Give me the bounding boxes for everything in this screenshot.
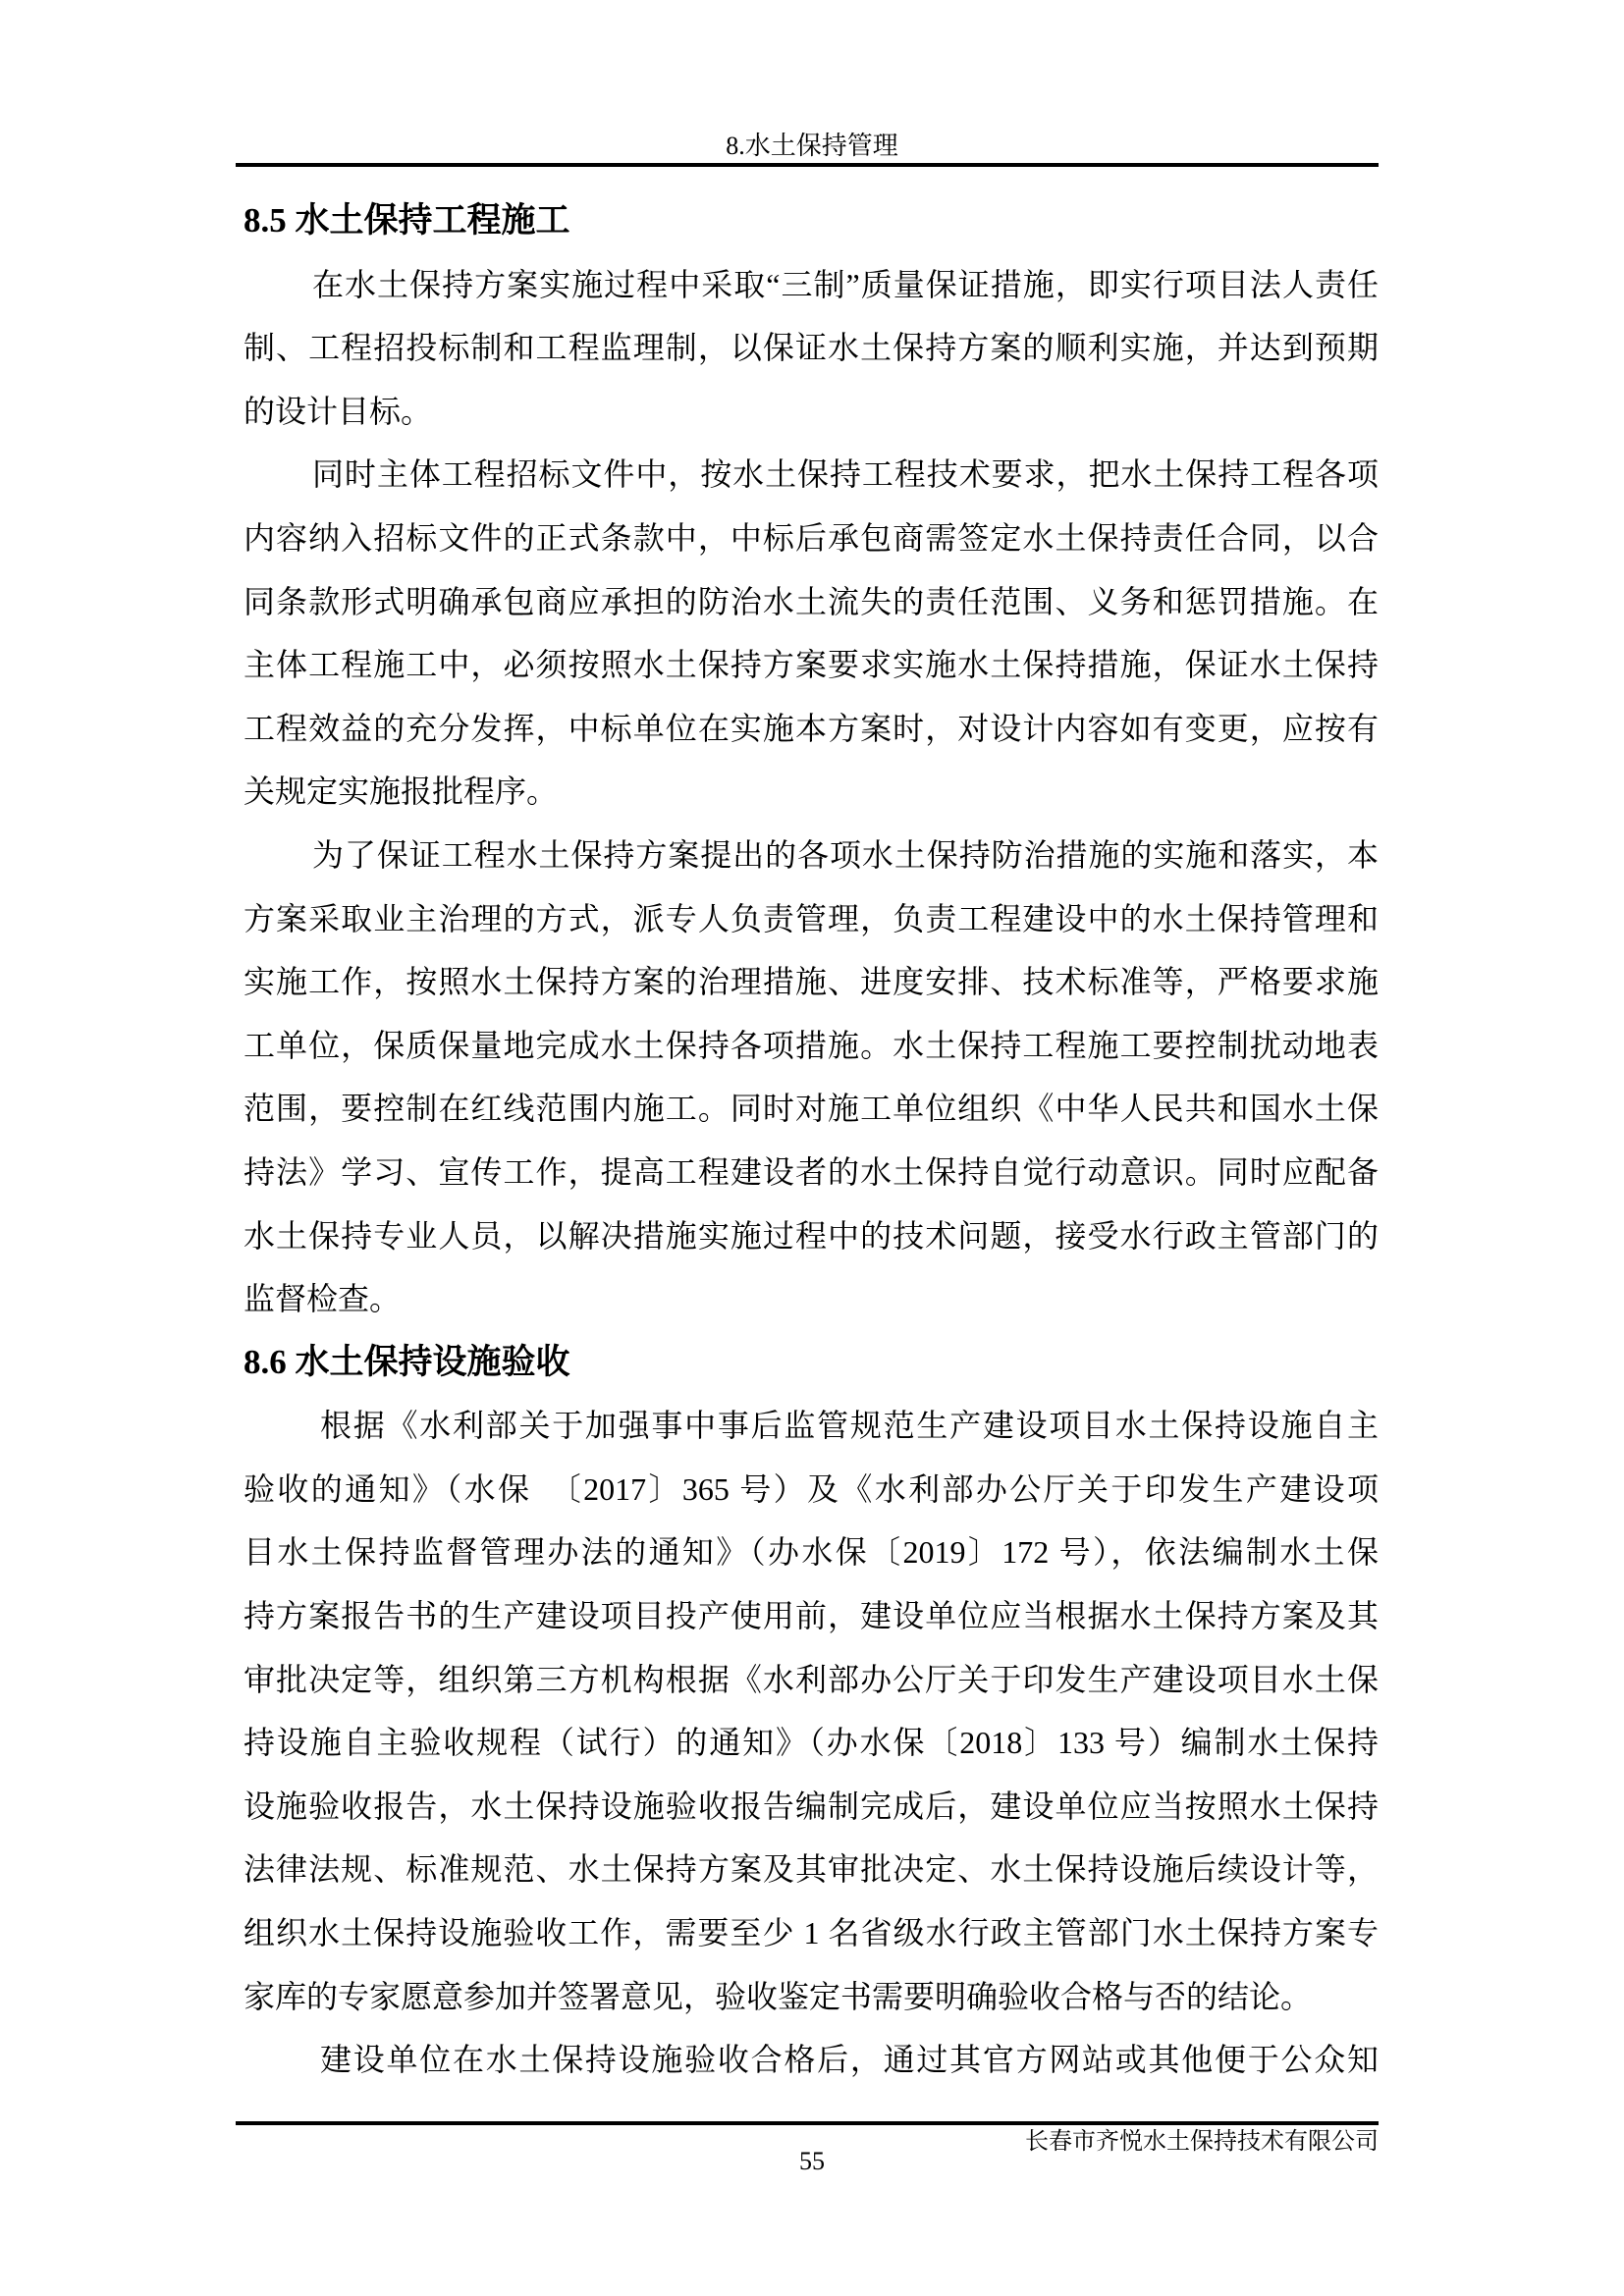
body-line: 范围，要控制在红线范围内施工。同时对施工单位组织《中华人民共和国水土保	[244, 1077, 1379, 1141]
body-line: 持设施自主验收规程（试行）的通知》（办水保〔2018〕133 号）编制水土保持	[244, 1711, 1379, 1775]
body-line: 同条款形式明确承包商应承担的防治水土流失的责任范围、义务和惩罚措施。在	[244, 570, 1379, 634]
document-body: 8.5 水土保持工程施工在水土保持方案实施过程中采取“三制”质量保证措施，即实行…	[244, 189, 1379, 2092]
footer-rule	[236, 2121, 1379, 2125]
body-line: 工程效益的充分发挥，中标单位在实施本方案时，对设计内容如有变更，应按有	[244, 697, 1379, 761]
body-line: 制、工程招投标制和工程监理制，以保证水土保持方案的顺利实施，并达到预期	[244, 316, 1379, 380]
section-heading: 8.6 水土保持设施验收	[244, 1331, 1379, 1395]
body-line: 同时主体工程招标文件中，按水土保持工程技术要求，把水土保持工程各项	[244, 443, 1379, 507]
body-line: 持方案报告书的生产建设项目投产使用前，建设单位应当根据水土保持方案及其	[244, 1584, 1379, 1648]
body-line: 验收的通知》（水保 〔2017〕365 号）及《水利部办公厅关于印发生产建设项	[244, 1458, 1379, 1522]
section-heading: 8.5 水土保持工程施工	[244, 189, 1379, 253]
body-line: 设施验收报告，水土保持设施验收报告编制完成后，建设单位应当按照水土保持	[244, 1775, 1379, 1839]
body-line: 目水土保持监督管理办法的通知》（办水保〔2019〕172 号），依法编制水土保	[244, 1521, 1379, 1584]
body-line: 工单位，保质保量地完成水土保持各项措施。水土保持工程施工要控制扰动地表	[244, 1014, 1379, 1078]
body-line: 实施工作，按照水土保持方案的治理措施、进度安排、技术标准等，严格要求施	[244, 950, 1379, 1014]
body-line: 的设计目标。	[244, 380, 1379, 444]
body-line: 在水土保持方案实施过程中采取“三制”质量保证措施，即实行项目法人责任	[244, 253, 1379, 317]
body-line: 内容纳入招标文件的正式条款中，中标后承包商需签定水土保持责任合同，以合	[244, 507, 1379, 570]
body-line: 水土保持专业人员，以解决措施实施过程中的技术问题，接受水行政主管部门的	[244, 1204, 1379, 1268]
page-number: 55	[0, 2148, 1624, 2175]
body-line: 组织水土保持设施验收工作，需要至少 1 名省级水行政主管部门水土保持方案专	[244, 1901, 1379, 1965]
body-line: 根据《水利部关于加强事中事后监管规范生产建设项目水土保持设施自主	[244, 1394, 1379, 1458]
body-line: 持法》学习、宣传工作，提高工程建设者的水土保持自觉行动意识。同时应配备	[244, 1141, 1379, 1204]
page-header-title: 8.水土保持管理	[0, 131, 1624, 162]
body-line: 方案采取业主治理的方式，派专人负责管理，负责工程建设中的水土保持管理和	[244, 887, 1379, 951]
body-line: 关规定实施报批程序。	[244, 760, 1379, 824]
body-line: 监督检查。	[244, 1267, 1379, 1331]
body-line: 主体工程施工中，必须按照水土保持方案要求实施水土保持措施，保证水土保持	[244, 633, 1379, 697]
body-line: 家库的专家愿意参加并签署意见，验收鉴定书需要明确验收合格与否的结论。	[244, 1965, 1379, 2029]
document-page: 8.水土保持管理 8.5 水土保持工程施工在水土保持方案实施过程中采取“三制”质…	[0, 0, 1624, 2296]
body-line: 建设单位在水土保持设施验收合格后，通过其官方网站或其他便于公众知	[244, 2028, 1379, 2092]
body-line: 为了保证工程水土保持方案提出的各项水土保持防治措施的实施和落实，本	[244, 824, 1379, 887]
body-line: 法律法规、标准规范、水土保持方案及其审批决定、水土保持设施后续设计等，	[244, 1838, 1379, 1901]
header-rule	[236, 163, 1379, 167]
body-line: 审批决定等，组织第三方机构根据《水利部办公厅关于印发生产建设项目水土保	[244, 1648, 1379, 1712]
